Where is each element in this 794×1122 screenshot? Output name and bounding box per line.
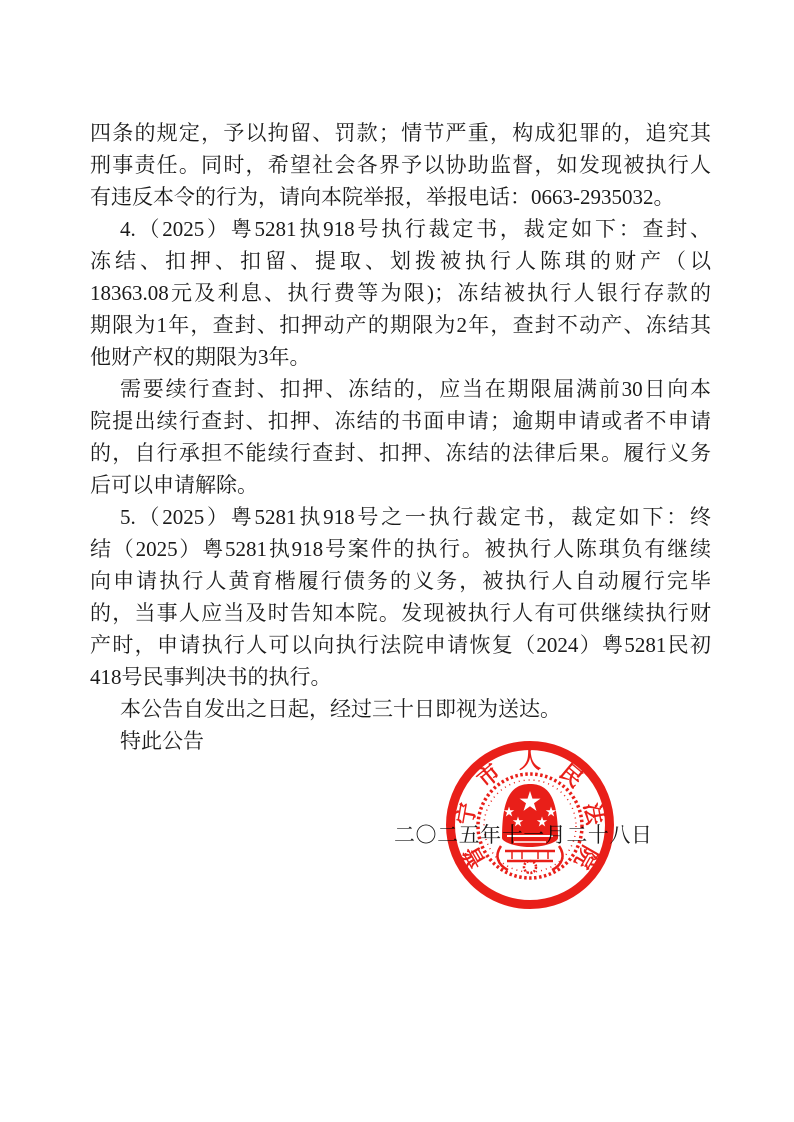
svg-text:宁: 宁 — [452, 801, 480, 827]
document-line: 4.（2025）粤5281执918号执行裁定书，裁定如下：查封、 — [90, 213, 711, 245]
document-line: 18363.08元及利息、执行费等为限)；冻结被执行人银行存款的 — [90, 277, 711, 309]
document-line: 四条的规定，予以拘留、罚款；情节严重，构成犯罪的，追究其 — [90, 117, 711, 149]
document-line: 产时，申请执行人可以向执行法院申请恢复（2024）粤5281民初 — [90, 629, 711, 661]
svg-text:法: 法 — [579, 801, 608, 828]
document-line: 有违反本令的行为，请向本院举报，举报电话：0663-2935032。 — [90, 181, 711, 213]
document-line: 需要续行查封、扣押、冻结的，应当在期限届满前30日向本 — [90, 373, 711, 405]
announcement-body: 四条的规定，予以拘留、罚款；情节严重，构成犯罪的，追究其 刑事责任。同时，希望社… — [90, 117, 711, 757]
document-line: 5.（2025）粤5281执918号之一执行裁定书，裁定如下：终 — [90, 501, 711, 533]
document-line: 结（2025）粤5281执918号案件的执行。被执行人陈琪负有继续 — [90, 533, 711, 565]
national-emblem-icon — [478, 774, 582, 878]
document-line: 向申请执行人黄育楷履行债务的义务，被执行人自动履行完毕 — [90, 565, 711, 597]
document-line: 他财产权的期限为3年。 — [90, 341, 711, 373]
document-line: 期限为1年，查封、扣押动产的期限为2年，查封不动产、冻结其 — [90, 309, 711, 341]
svg-text:人: 人 — [519, 748, 541, 773]
document-line: 院提出续行查封、扣押、冻结的书面申请；逾期申请或者不申请 — [90, 405, 711, 437]
document-line: 刑事责任。同时，希望社会各界予以协助监督，如发现被执行人 — [90, 149, 711, 181]
official-seal: 普 宁 市 人 民 法 院 — [445, 740, 615, 910]
document-line: 冻结、扣押、扣留、提取、划拨被执行人陈琪的财产（以 — [90, 245, 711, 277]
court-seal-graphic: 普 宁 市 人 民 法 院 — [445, 740, 615, 910]
document-page: 四条的规定，予以拘留、罚款；情节严重，构成犯罪的，追究其 刑事责任。同时，希望社… — [0, 0, 794, 1122]
document-line: 后可以申请解除。 — [90, 469, 711, 501]
document-line: 的，自行承担不能续行查封、扣押、冻结的法律后果。履行义务 — [90, 437, 711, 469]
document-line: 本公告自发出之日起，经过三十日即视为送达。 — [90, 693, 711, 725]
document-line: 的，当事人应当及时告知本院。发现被执行人有可供继续执行财 — [90, 597, 711, 629]
document-line: 418号民事判决书的执行。 — [90, 661, 711, 693]
closing-line: 特此公告 — [90, 725, 711, 757]
